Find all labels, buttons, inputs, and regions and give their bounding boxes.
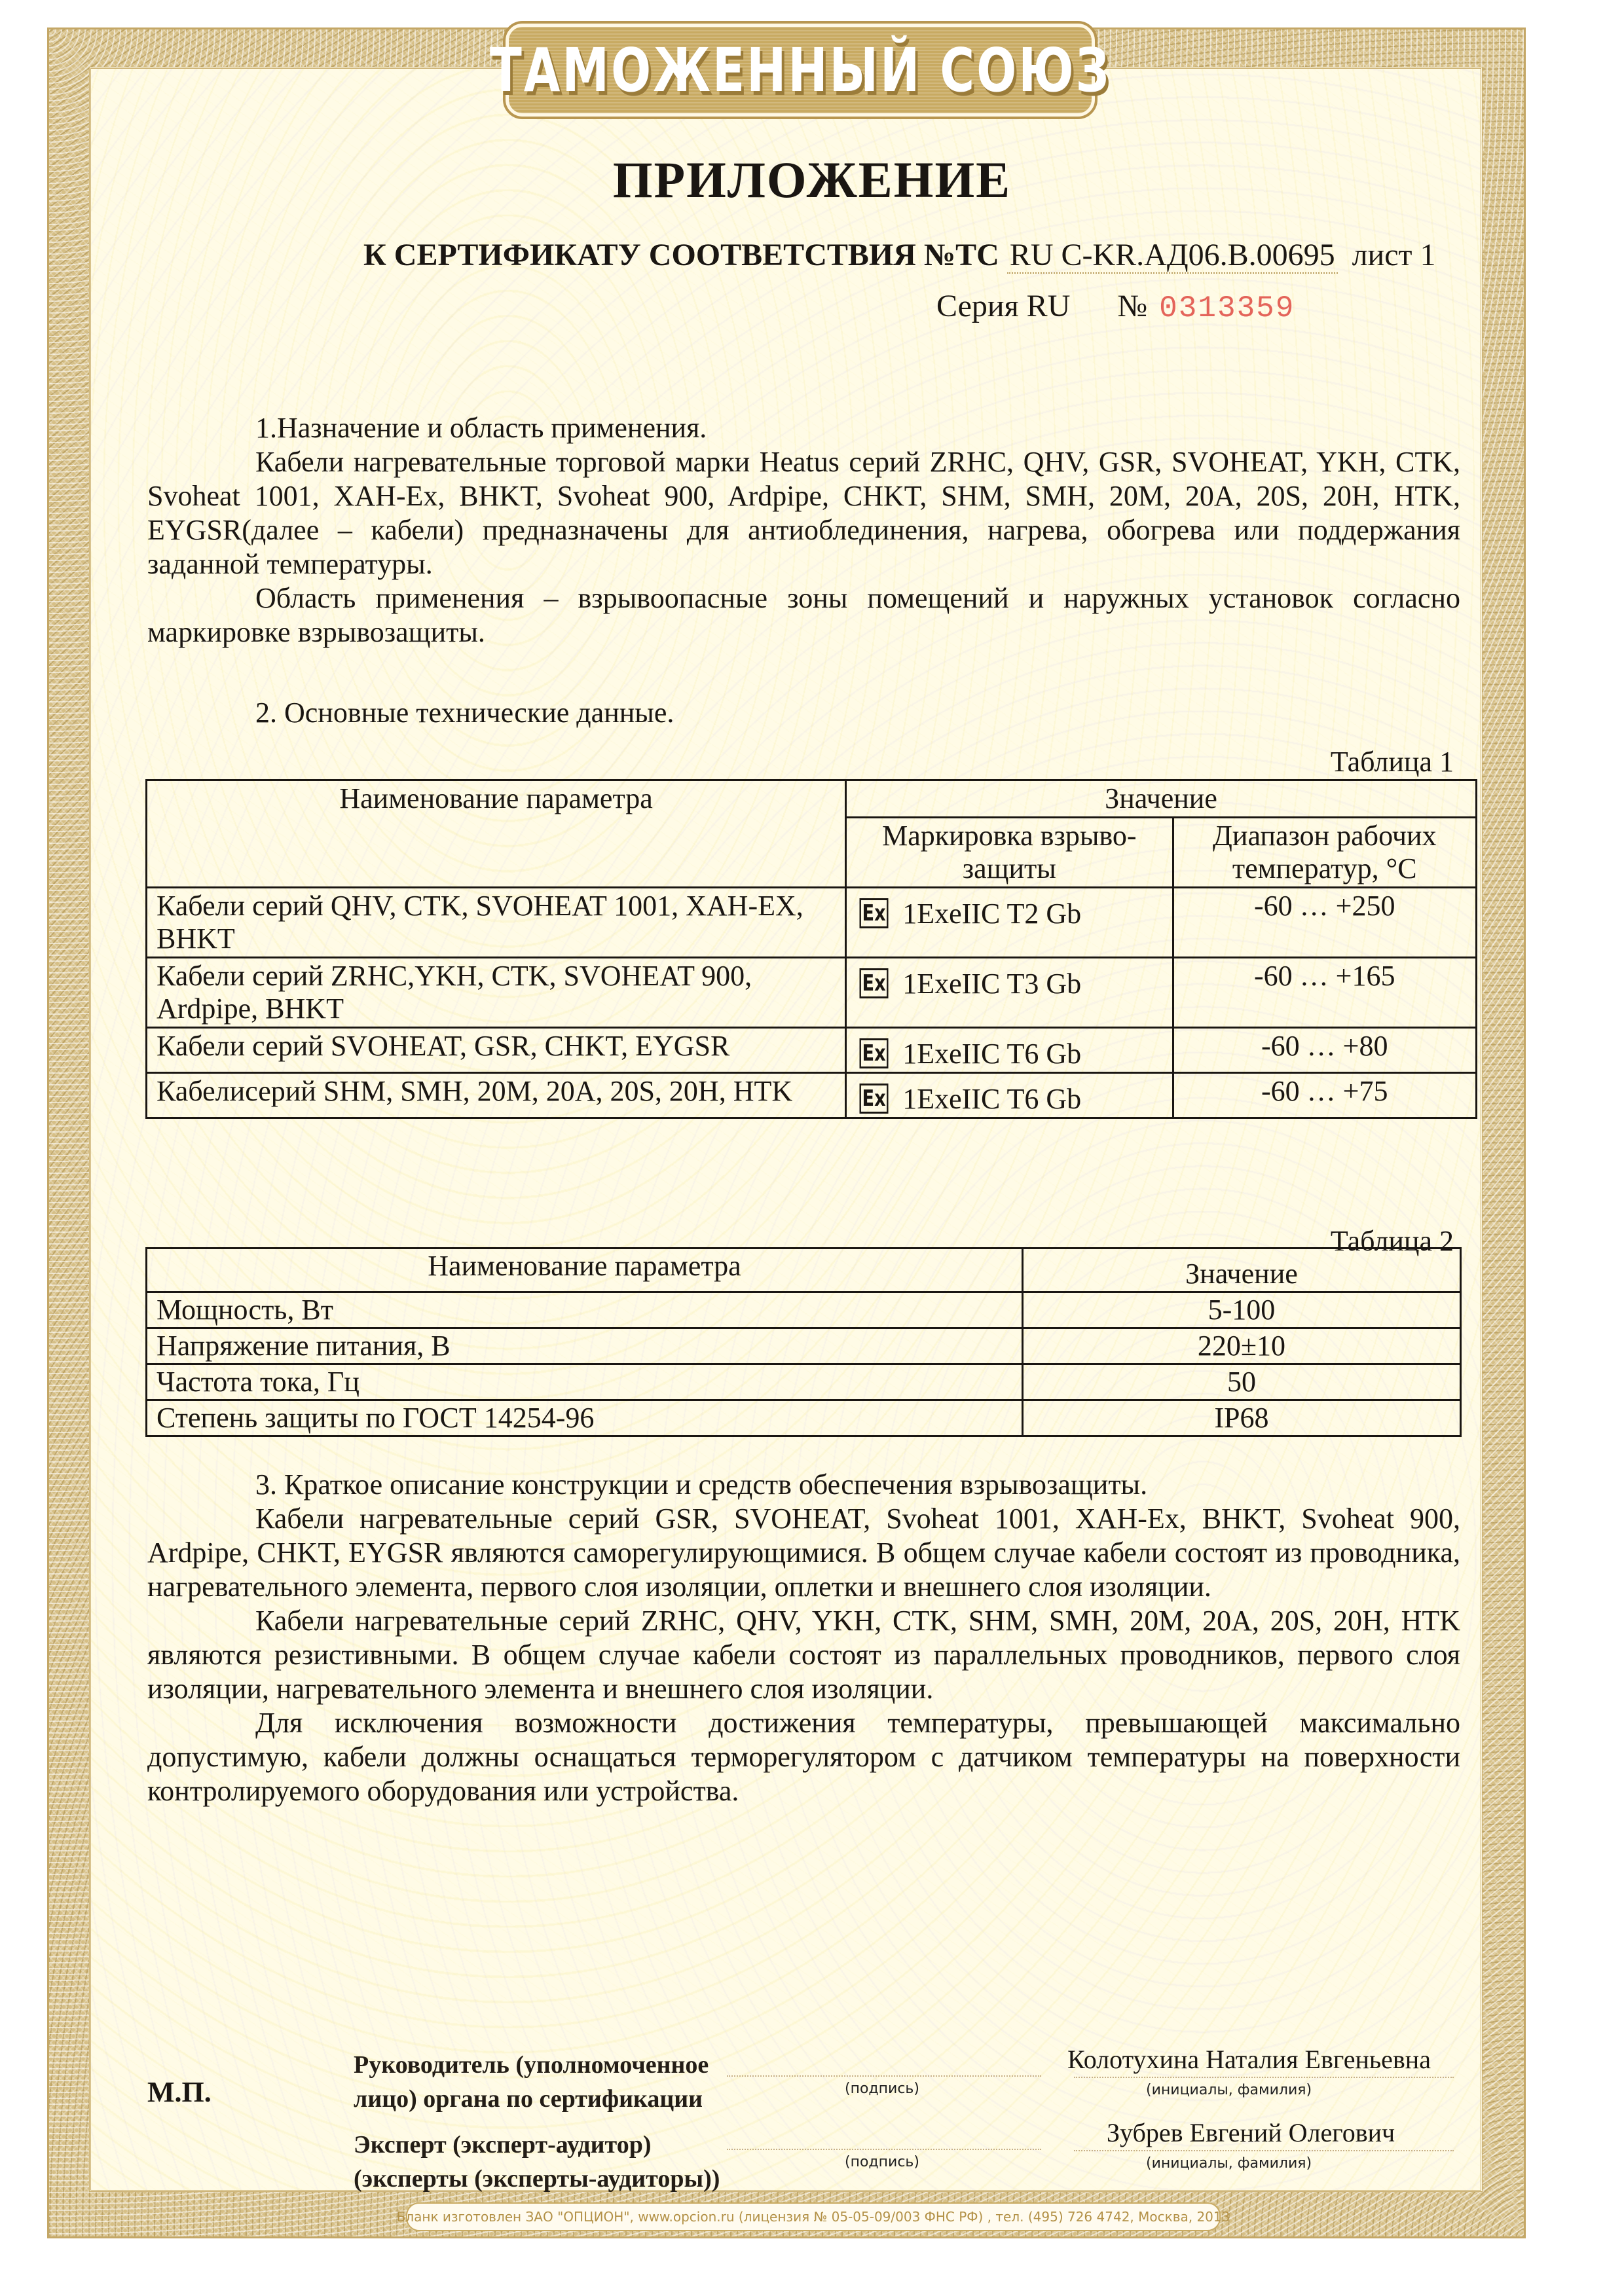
table-cell: Кабели серий QHV, CTK, SVOHEAT 1001, XAH…: [147, 888, 846, 958]
table-header: Значение: [1022, 1248, 1460, 1292]
label-line: лицо) органа по сертификации: [354, 2082, 709, 2116]
signature-line: [727, 2149, 1041, 2150]
table-row: Мощность, Вт 5-100: [147, 1292, 1461, 1328]
table-cell: -60 … +250: [1173, 888, 1477, 958]
name-caption: (инициалы, фамилия): [1146, 2155, 1312, 2172]
signature-caption: (подпись): [845, 2081, 919, 2097]
section-tech-data: 2. Основные технические данные.: [147, 696, 1460, 730]
paragraph: Кабели нагревательные серий GSR, SVOHEAT…: [147, 1502, 1460, 1604]
table-cell: Мощность, Вт: [147, 1292, 1023, 1328]
serial-number: 0313359: [1159, 291, 1295, 325]
table-cell: Частота тока, Гц: [147, 1364, 1023, 1400]
table-cell: 5-100: [1022, 1292, 1460, 1328]
table-cell: Кабели серий SVOHEAT, GSR, CHKT, EYGSR: [147, 1028, 846, 1073]
ex-mark-icon: Ex: [860, 898, 889, 928]
table-cell: 1ExeIIC T2 Gb: [902, 898, 1081, 930]
table-row: Кабелисерий SHM, SMH, 20M, 20A, 20S, 20H…: [147, 1073, 1477, 1118]
table-row: Кабели серий SVOHEAT, GSR, CHKT, EYGSR E…: [147, 1028, 1477, 1073]
table-cell: 1ExeIIC T3 Gb: [902, 968, 1081, 1000]
page-title: ПРИЛОЖЕНИЕ: [0, 151, 1624, 210]
table-header: Наименование параметра: [147, 1248, 1023, 1292]
signature-line: [727, 2075, 1041, 2077]
ex-mark-icon: Ex: [860, 968, 889, 998]
printer-imprint: Бланк изготовлен ЗАО "ОПЦИОН", www.opcio…: [406, 2202, 1221, 2231]
section-heading: 1.Назначение и область применения.: [147, 411, 1460, 445]
head-of-body-label: Руководитель (уполномоченное лицо) орган…: [354, 2048, 709, 2116]
table-header: Маркировка взрыво-защиты: [846, 818, 1173, 888]
section-purpose: 1.Назначение и область применения. Кабел…: [147, 411, 1460, 649]
table-cell: Кабелисерий SHM, SMH, 20M, 20A, 20S, 20H…: [147, 1073, 846, 1118]
label-line: (эксперты (эксперты-аудиторы)): [354, 2162, 720, 2196]
ex-mark-icon: Ex: [860, 1038, 889, 1068]
table-cell: 1ExeIIC T6 Gb: [902, 1083, 1081, 1115]
table-row: Напряжение питания, В 220±10: [147, 1328, 1461, 1364]
table-cell: -60 … +75: [1173, 1073, 1477, 1118]
table1-caption: Таблица 1: [1331, 745, 1454, 778]
name-line: [1074, 2077, 1454, 2078]
paragraph: Кабели нагревательные серий ZRHC, QHV, Y…: [147, 1604, 1460, 1706]
table-row: Частота тока, Гц 50: [147, 1364, 1461, 1400]
table-cell: Степень защиты по ГОСТ 14254-96: [147, 1400, 1023, 1436]
table-cell: Напряжение питания, В: [147, 1328, 1023, 1364]
table-row: Степень защиты по ГОСТ 14254-96 IP68: [147, 1400, 1461, 1436]
table-specifications: Наименование параметра Значение Мощность…: [145, 1247, 1462, 1437]
paragraph: Область применения – взрывоопасные зоны …: [147, 581, 1460, 649]
document-sheet: [89, 67, 1483, 2192]
table-cell: Кабели серий ZRHC,YKH, CTK, SVOHEAT 900,…: [147, 958, 846, 1028]
table-header: Диапазон рабочих температур, °С: [1173, 818, 1477, 888]
sheet-number: лист 1: [1352, 238, 1436, 272]
expert-label: Эксперт (эксперт-аудитор) (эксперты (экс…: [354, 2128, 720, 2196]
certificate-line: К СЕРТИФИКАТУ СООТВЕТСТВИЯ №ТС RU C-KR.А…: [363, 237, 1436, 273]
stamp-place: М.П.: [147, 2075, 212, 2109]
series-value: RU: [1027, 289, 1071, 323]
paragraph: Кабели нагревательные торговой марки Hea…: [147, 445, 1460, 581]
number-sign: №: [1117, 289, 1147, 323]
certificate-prefix: К СЕРТИФИКАТУ СООТВЕТСТВИЯ №ТС: [363, 238, 999, 272]
table-header: Наименование параметра: [147, 780, 846, 888]
series-line: Серия RU № 0313359: [936, 288, 1295, 325]
name-caption: (инициалы, фамилия): [1146, 2082, 1312, 2098]
section-heading: 2. Основные технические данные.: [147, 696, 1460, 730]
signature-caption: (подпись): [845, 2154, 919, 2170]
table-header: Значение: [846, 780, 1477, 818]
certificate-number: RU C-KR.АД06.В.00695: [1007, 238, 1338, 274]
table-cell: -60 … +80: [1173, 1028, 1477, 1073]
table-cell: -60 … +165: [1173, 958, 1477, 1028]
label-line: Руководитель (уполномоченное: [354, 2048, 709, 2082]
section-construction: 3. Краткое описание конструкции и средст…: [147, 1468, 1460, 1808]
paragraph: Для исключения возможности достижения те…: [147, 1706, 1460, 1808]
label-line: Эксперт (эксперт-аудитор): [354, 2128, 720, 2162]
series-label: Серия: [936, 289, 1019, 323]
head-name: Колотухина Наталия Евгеньевна: [1067, 2044, 1431, 2075]
table-explosion-protection: Наименование параметра Значение Маркиров…: [145, 779, 1477, 1119]
table-cell: 50: [1022, 1364, 1460, 1400]
table-cell: 1ExeIIC T6 Gb: [902, 1038, 1081, 1070]
ex-mark-icon: Ex: [860, 1084, 889, 1114]
table-row: Кабели серий QHV, CTK, SVOHEAT 1001, XAH…: [147, 888, 1477, 958]
table-cell: IP68: [1022, 1400, 1460, 1436]
expert-name: Зубрев Евгений Олегович: [1107, 2117, 1395, 2148]
banner-text: ТАМОЖЕННЫЙ СОЮЗ: [490, 35, 1111, 105]
customs-union-banner: ТАМОЖЕННЫЙ СОЮЗ: [506, 24, 1095, 117]
section-heading: 3. Краткое описание конструкции и средст…: [147, 1468, 1460, 1502]
table-cell: 220±10: [1022, 1328, 1460, 1364]
name-line: [1074, 2150, 1454, 2151]
table-row: Кабели серий ZRHC,YKH, CTK, SVOHEAT 900,…: [147, 958, 1477, 1028]
